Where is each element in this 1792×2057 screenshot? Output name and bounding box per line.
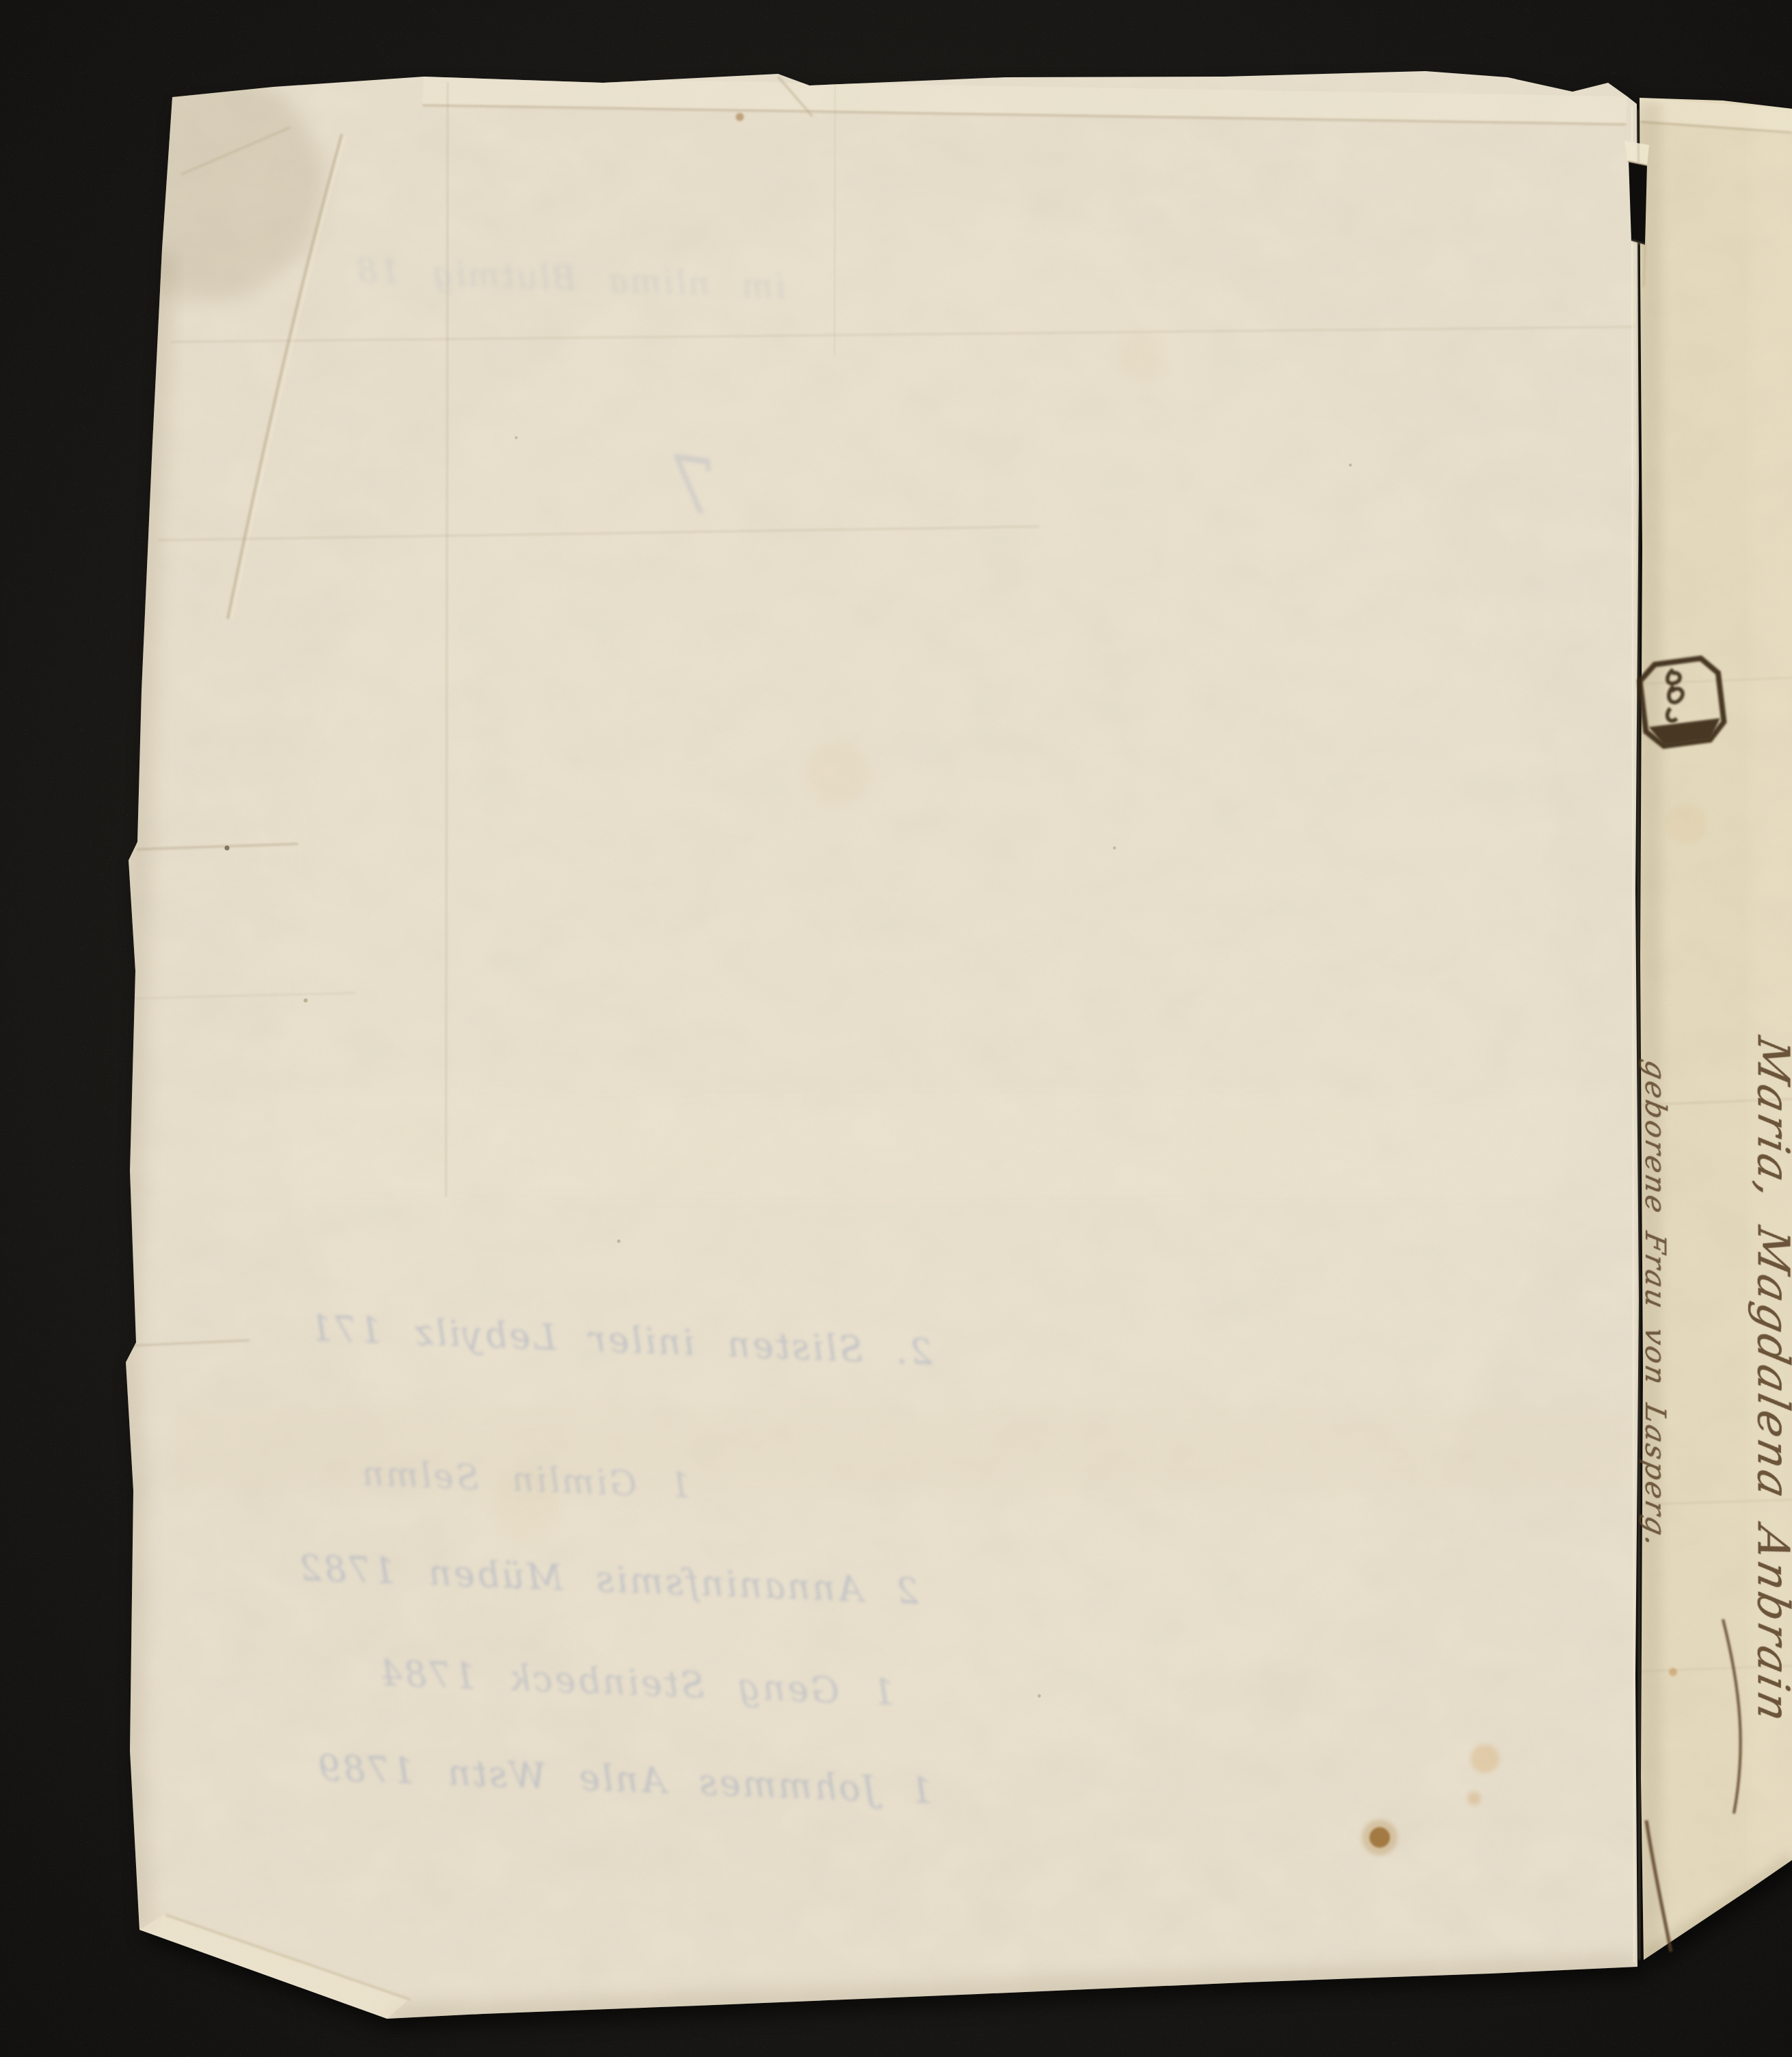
handwriting-secondary-line: geborene Frau von Lasperg. [1634,1057,1676,1553]
stain [1669,1668,1677,1676]
stain [1666,804,1707,845]
manuscript-photo: Maria, Magdalena Anbrain geborene Frau v… [0,0,1792,2057]
left-leaf [89,68,1641,2024]
handwriting-name-line: Maria, Magdalena Anbrain [1741,1031,1792,1730]
